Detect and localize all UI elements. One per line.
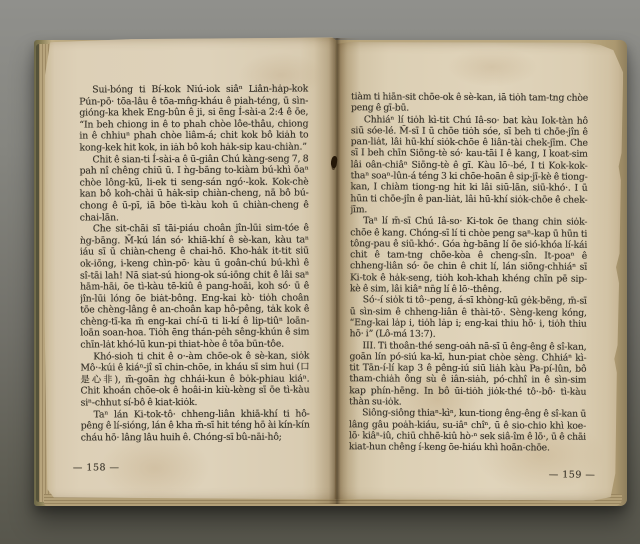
left-page-text: Sui-bóng ti Bí-kok Niú-iok siâⁿ Liân-hȧp… [79, 83, 310, 466]
left-page-number: — 158 — [73, 462, 120, 473]
photo-background: Sui-bóng ti Bí-kok Niú-iok siâⁿ Liân-hȧp… [0, 0, 640, 544]
right-page-number: — 159 — [549, 469, 596, 480]
paragraph: tiàm ti hiān-sit chōe-ok ê sè-kan, iā ti… [351, 91, 588, 115]
left-page: Sui-bóng ti Bí-kok Niú-iok siâⁿ Liân-hȧp… [43, 37, 337, 500]
right-page: tiàm ti hiān-sit chōe-ok ê sè-kan, iā ti… [335, 41, 624, 501]
paragraph: Só·-í siȯk ti tô·-peng, á-sī khòng-kū gė… [350, 295, 587, 342]
paragraph: III. Ti thoân-thé seng-oȧh nā-sī ū êng-ê… [349, 340, 586, 409]
paragraph: Che sit-chāi sī tāi-piáu choân jîn-lūi s… [80, 223, 310, 352]
paragraph: Chhiáⁿ lí tiȯh kì-tit Chú Iâ-so· bat kàu… [350, 114, 588, 217]
paragraph: Chit ê sian-ti Í-sài-a ê ū-giân Chú kàng… [79, 153, 308, 224]
right-page-text: tiàm ti hiān-sit chōe-ok ê sè-kan, iā ti… [349, 91, 588, 470]
paragraph: Taⁿ lí m̄-sī Chú Iâ-so· Ki-tok ōe thang … [350, 215, 587, 296]
paragraph: Taⁿ lán Ki-tok-tô· chheng-liân khiā-khí … [81, 408, 310, 444]
paragraph: Siông-siông thiaⁿ-kìⁿ, kun-tiong êng-êng… [349, 408, 586, 455]
paragraph: Khó-sioh ti chit ê o·-àm chōe-ok ê sè-ka… [80, 350, 309, 409]
page-stain [447, 47, 537, 88]
paragraph: Sui-bóng ti Bí-kok Niú-iok siâⁿ Liân-hȧp… [79, 83, 308, 154]
